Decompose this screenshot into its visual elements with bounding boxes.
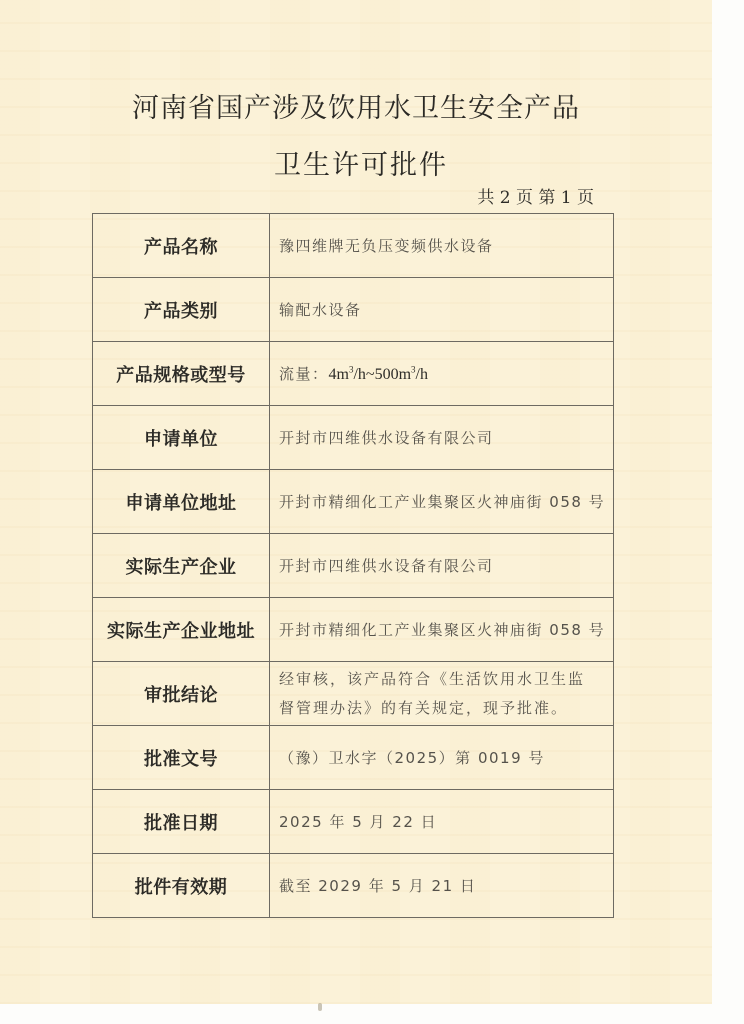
permit-document-page: 河南省国产涉及饮用水卫生安全产品 卫生许可批件 共 2 页 第 1 页 产品名称… bbox=[0, 0, 712, 1004]
table-row: 实际生产企业地址 开封市精细化工产业集聚区火神庙街 058 号 bbox=[93, 598, 614, 662]
row-label-approval-conclusion: 审批结论 bbox=[93, 662, 270, 726]
row-value-approval-number: （豫）卫水字（2025）第 0019 号 bbox=[270, 726, 614, 790]
row-label-spec-model: 产品规格或型号 bbox=[93, 342, 270, 406]
row-value-applicant-address: 开封市精细化工产业集聚区火神庙街 058 号 bbox=[270, 470, 614, 534]
conclusion-line1: 经审核，该产品符合《生活饮用水卫生监 bbox=[279, 665, 613, 694]
row-value-manufacturer: 开封市四维供水设备有限公司 bbox=[270, 534, 614, 598]
permit-info-table: 产品名称 豫四维牌无负压变频供水设备 产品类别 输配水设备 产品规格或型号 流量… bbox=[92, 213, 614, 918]
row-value-validity: 截至 2029 年 5 月 21 日 bbox=[270, 854, 614, 918]
row-value-spec-model: 流量：4m3/h~500m3/h bbox=[270, 342, 614, 406]
table-row: 批件有效期 截至 2029 年 5 月 21 日 bbox=[93, 854, 614, 918]
row-label-product-category: 产品类别 bbox=[93, 278, 270, 342]
spec-range: 4m3/h~500m3/h bbox=[329, 366, 428, 383]
table-row: 审批结论 经审核，该产品符合《生活饮用水卫生监 督管理办法》的有关规定，现予批准… bbox=[93, 662, 614, 726]
document-title-line1: 河南省国产涉及饮用水卫生安全产品 bbox=[0, 86, 712, 125]
row-value-approval-date: 2025 年 5 月 22 日 bbox=[270, 790, 614, 854]
conclusion-line2: 督管理办法》的有关规定，现予批准。 bbox=[279, 694, 613, 723]
row-value-applicant: 开封市四维供水设备有限公司 bbox=[270, 406, 614, 470]
table-row: 申请单位 开封市四维供水设备有限公司 bbox=[93, 406, 614, 470]
row-label-approval-date: 批准日期 bbox=[93, 790, 270, 854]
table-row: 申请单位地址 开封市精细化工产业集聚区火神庙街 058 号 bbox=[93, 470, 614, 534]
table-row: 实际生产企业 开封市四维供水设备有限公司 bbox=[93, 534, 614, 598]
table-row: 批准日期 2025 年 5 月 22 日 bbox=[93, 790, 614, 854]
table-row: 产品名称 豫四维牌无负压变频供水设备 bbox=[93, 214, 614, 278]
row-label-approval-number: 批准文号 bbox=[93, 726, 270, 790]
document-title-line2: 卫生许可批件 bbox=[0, 143, 712, 182]
row-value-approval-conclusion: 经审核，该产品符合《生活饮用水卫生监 督管理办法》的有关规定，现予批准。 bbox=[270, 662, 614, 726]
scan-speck bbox=[318, 1003, 322, 1011]
page-indicator: 共 2 页 第 1 页 bbox=[477, 183, 594, 208]
row-label-applicant-address: 申请单位地址 bbox=[93, 470, 270, 534]
row-label-manufacturer: 实际生产企业 bbox=[93, 534, 270, 598]
table-row: 产品类别 输配水设备 bbox=[93, 278, 614, 342]
row-label-manufacturer-address: 实际生产企业地址 bbox=[93, 598, 270, 662]
row-value-product-name: 豫四维牌无负压变频供水设备 bbox=[270, 214, 614, 278]
spec-prefix: 流量： bbox=[279, 365, 329, 383]
row-label-applicant: 申请单位 bbox=[93, 406, 270, 470]
table-row: 批准文号 （豫）卫水字（2025）第 0019 号 bbox=[93, 726, 614, 790]
table-row: 产品规格或型号 流量：4m3/h~500m3/h bbox=[93, 342, 614, 406]
row-value-manufacturer-address: 开封市精细化工产业集聚区火神庙街 058 号 bbox=[270, 598, 614, 662]
row-label-validity: 批件有效期 bbox=[93, 854, 270, 918]
row-label-product-name: 产品名称 bbox=[93, 214, 270, 278]
row-value-product-category: 输配水设备 bbox=[270, 278, 614, 342]
